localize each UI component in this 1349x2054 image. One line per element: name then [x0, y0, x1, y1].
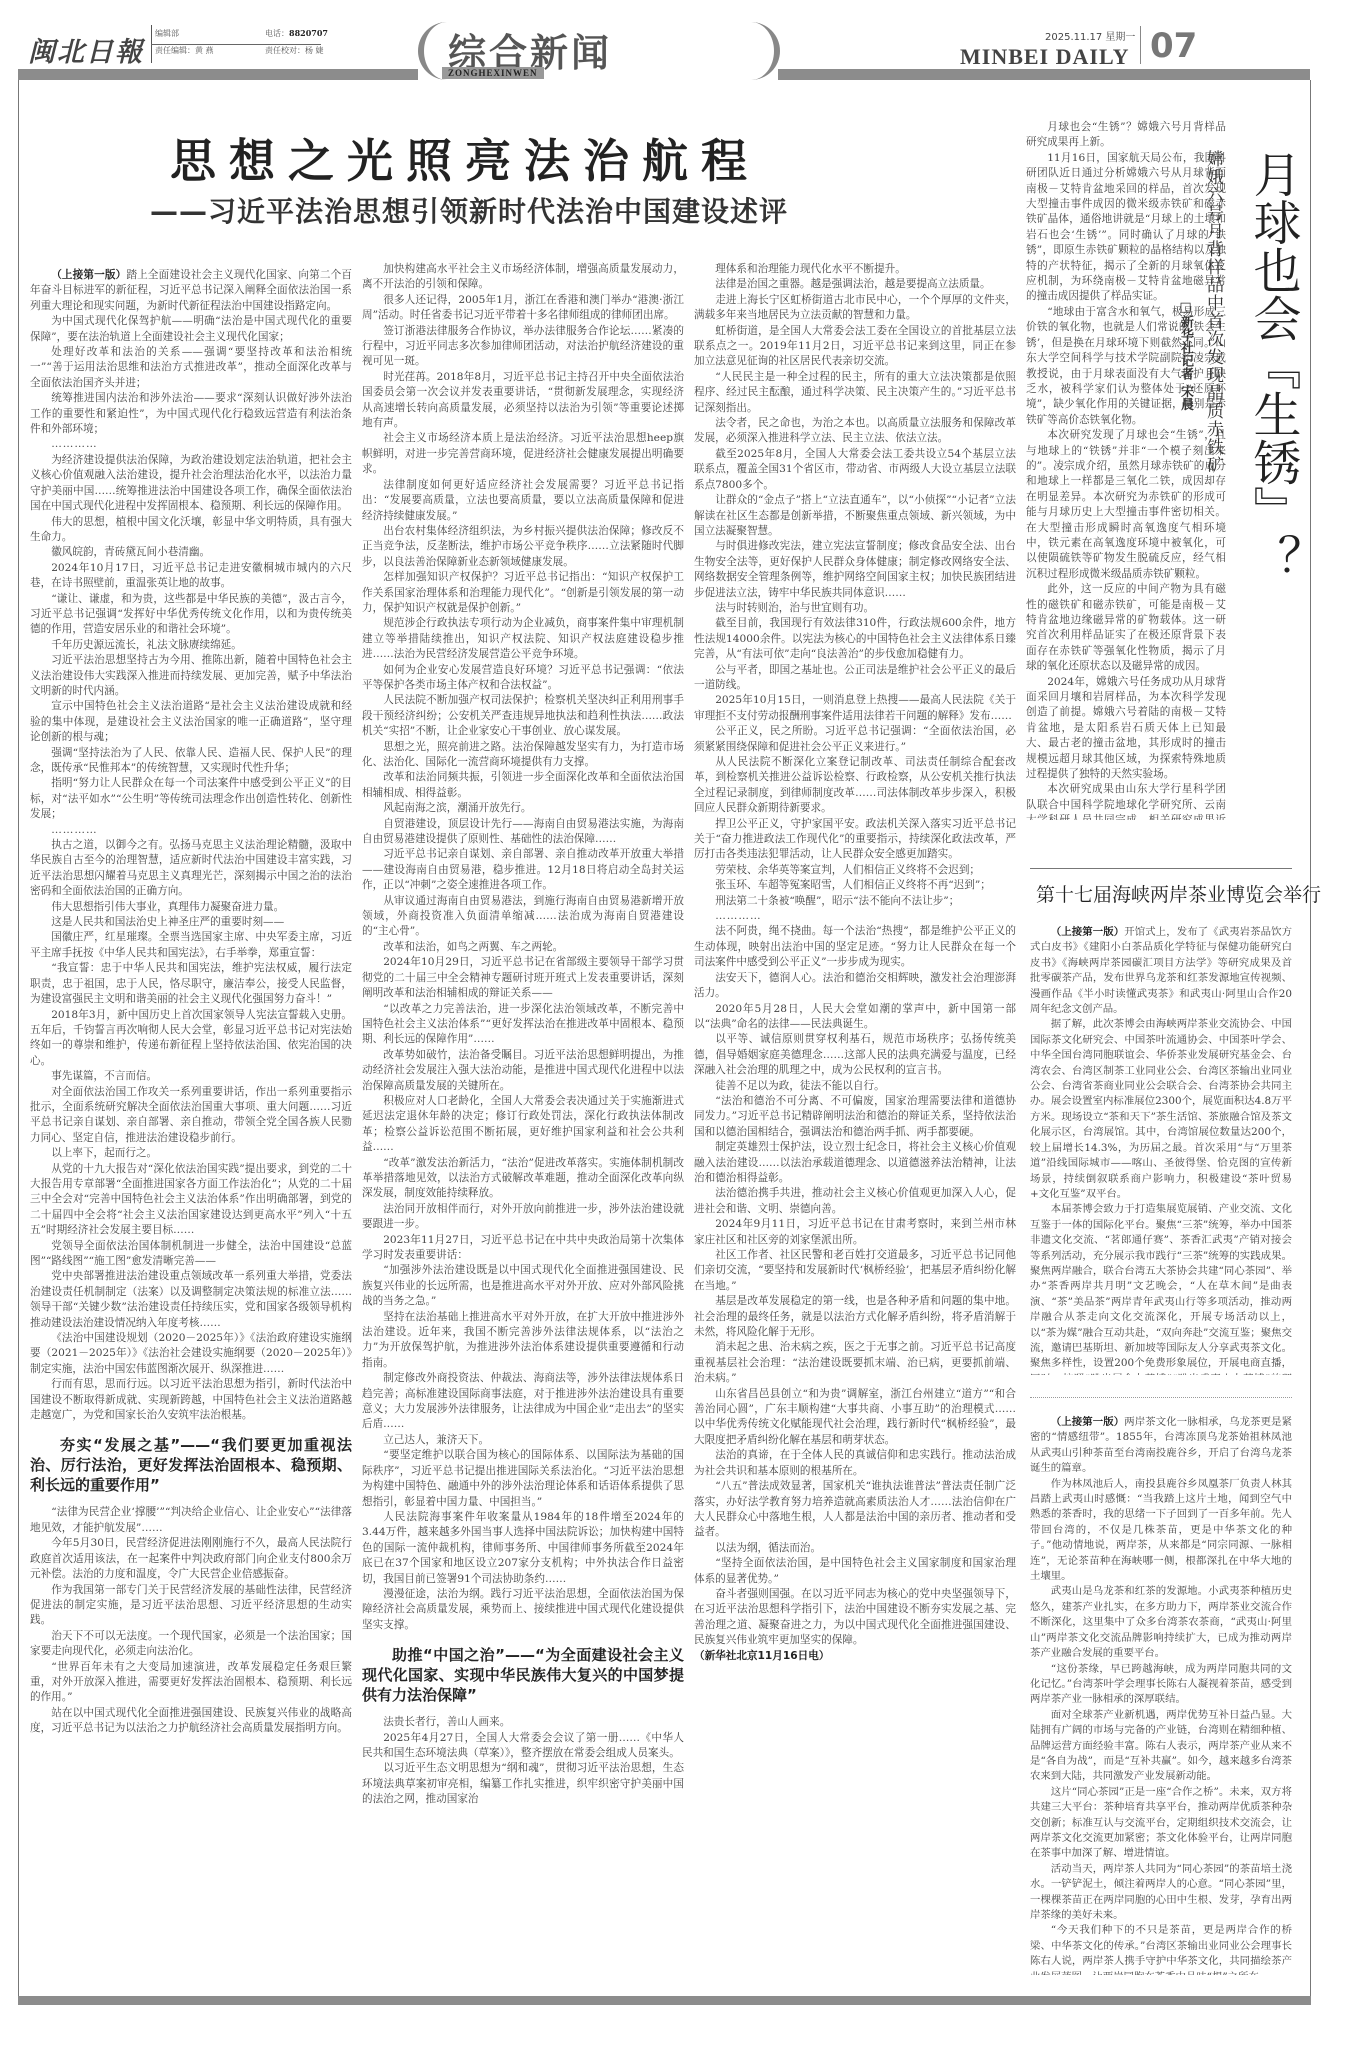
paragraph-text: 执古之道，以御今之有。弘扬马克思主义法治理论精髓，汲取中华民族自古至今的治理智慧…: [30, 839, 352, 897]
paragraph: 出台农村集体经济组织法，为乡村振兴提供法治保障；修改反不正当竞争法，反垄断法，维…: [362, 524, 684, 570]
continued-from-label: （上接第一版）: [51, 269, 126, 281]
paragraph: 改革和法治同频共振，引领进一步全面深化改革和全面依法治国相辅相成、相得益彰。: [362, 770, 684, 801]
paragraph: 劳荣枝、余华英等案宣判，人们相信正义终将不会迟到；: [694, 863, 1016, 878]
paragraph-text: 从党的十九大报告对“深化依法治国实践”提出要求，到党的二十大报告用专章部署“全面…: [30, 1163, 352, 1237]
paragraph-text: 以平等、诚信原则贯穿权利基石，规范市场秩序；弘扬传统美德，倡导婚姻家庭美德理念……: [694, 1033, 1016, 1076]
issue-date: 2025.11.17 星期一: [1045, 28, 1135, 43]
paragraph: 千年历史源远流长，礼法文脉赓续绵延。: [30, 638, 352, 653]
paragraph-text: 从审议通过海南自由贸易港法，到施行海南自由贸易港新增开放领域，外商投资准入负面清…: [362, 895, 684, 938]
paragraph-text: 山东省昌邑县创立“和为贵”调解室，浙江台州建立“道方”“和合善治同心圆”，广东丰…: [694, 1388, 1016, 1446]
paragraph-text: 为经济建设提供法治保障，为政治建设划定法治轨道，把社会主义核心价值观融入法治建设…: [30, 454, 352, 512]
paragraph-text: 面对全球茶产业新机遇，两岸优势互补日益凸显。大陆拥有广阔的市场与完备的产业链，台…: [1030, 1709, 1292, 1783]
paragraph-text: 习近平法治思想坚持古为今用、推陈出新，随着中国特色社会主义法治建设伟大实践深入推…: [30, 654, 352, 697]
paragraph: “改革”激发法治新活力，“法治”促进改革落实。实施体制机制改革举措落地见效，以法…: [362, 1156, 684, 1202]
paragraph-text: “要坚定维护以联合国为核心的国际体系、以国际法为基础的国际秩序”，习近平总书记提…: [362, 1449, 684, 1507]
editor-info-row: 责任编辑：黄 燕 责任校对：杨 婕: [155, 45, 214, 56]
page-number: 07: [1150, 26, 1197, 66]
paragraph-text: 事先谋篇，不言而信。: [51, 1070, 157, 1082]
paragraph: 以上率下，起而行之。: [30, 1146, 352, 1161]
paragraph: 改革势如破竹，法治备受瞩目。习近平法治思想鲜明提出，为推动经济社会发展注入强大法…: [362, 1048, 684, 1094]
paragraph: 法安天下，德润人心。法治和德治交相辉映，激发社会治理澎湃活力。: [694, 971, 1016, 1002]
paragraph: 怎样加强知识产权保护？习近平总书记指出：“知识产权保护工作关系国家治理体系和治理…: [362, 570, 684, 616]
paragraph: 与时俱进修改宪法，建立宪法宣誓制度；修改食品安全法、出台生物安全法等，更好保护人…: [694, 539, 1016, 601]
paragraph: “法治和德治不可分离、不可偏废，国家治理需要法律和道德协同发力。”习近平总书记精…: [694, 1094, 1016, 1140]
paragraph: 从党的十九大报告对“深化依法治国实践”提出要求，到党的二十大报告用专章部署“全面…: [30, 1162, 352, 1239]
paragraph-text: 坚持在法治基础上推进高水平对外开放，在扩大开放中推进涉外法治建设。近年来，我国不…: [362, 1311, 684, 1369]
paragraph-text: …………: [51, 824, 97, 836]
paragraph: 签订浙港法律服务合作协议，举办法律服务合作论坛……紧凑的行程中，习近平同志多次参…: [362, 324, 684, 370]
paragraph: 法不阿贵，绳不挠曲。每一个法治“热搜”，都是维护公平正义的生动体现，映射出法治中…: [694, 924, 1016, 970]
paragraph-text: 以上率下，起而行之。: [51, 1147, 157, 1159]
paragraph: 从审议通过海南自由贸易港法，到施行海南自由贸易港新增开放领域，外商投资准入负面清…: [362, 894, 684, 940]
paragraph: 国徽庄严，红星璀璨。全票当选国家主席、中央军委主席，习近平主席手抚按《中华人民共…: [30, 930, 352, 961]
paragraph: 人民法院海事案件年收案量从1984年的18件增至2024年的3.44万件，越来越…: [362, 1510, 684, 1587]
moon-byline: □新华社记者 宋晨: [1176, 300, 1194, 411]
paragraph: 法治同开放相伴而行，对外开放向前推进一步，涉外法治建设就要跟进一步。: [362, 1202, 684, 1233]
paragraph-text: 2024年10月29日，习近平总书记在省部级主要领导干部学习贯彻党的二十届三中全…: [362, 956, 684, 999]
paragraph: 如何为企业安心发展营造良好环境？习近平总书记强调：“依法平等保护各类市场主体产权…: [362, 663, 684, 694]
paragraph-text: 法令者，民之命也，为治之本也。以高质量立法服务和保障改革发展，必须深入推进科学立…: [694, 417, 1016, 444]
paragraph: 2025年4月27日，全国人大常委会会议了第一册……《中华人民共和国生态环境法典…: [362, 1731, 684, 1762]
paragraph: 捍卫公平正义，守护家国平安。政法机关深入落实习近平总书记关于“奋力推进政法工作现…: [694, 817, 1016, 863]
paragraph-text: 对全面依法治国工作攻关一系列重要讲话，作出一系列重要指示批示，全面系统研究解决全…: [30, 1086, 352, 1144]
paragraph: 法治的真谛，在于全体人民的真诚信仰和忠实践行。推动法治成为社会共识和基本原则的根…: [694, 1448, 1016, 1479]
paragraph: 制定英雄烈士保护法，设立烈士纪念日，将社会主义核心价值观融入法治建设……以法治承…: [694, 1140, 1016, 1186]
paragraph-text: “改革”激发法治新活力，“法治”促进改革落实。实施体制机制改革举措落地见效，以法…: [362, 1157, 684, 1200]
paragraph: “地球由于富含水和氧气，极易形成三价铁的氧化物，也就是人们常说的‘铁会生锈’，但…: [1026, 305, 1226, 428]
article-column-3: 理体系和治理能力现代化水平不断提升。法律是治国之重器。越是强调法治，越是要提高立…: [694, 262, 1016, 1962]
paragraph: 法贵长者行，善山人画来。: [362, 1715, 684, 1730]
paragraph-text: 伟大思想指引伟大事业，真理伟力凝聚奋进力量。: [51, 901, 284, 913]
paragraph: “以改革之力完善法治，进一步深化法治领域改革，不断完善中国特色社会主义法治体系”…: [362, 1002, 684, 1048]
paragraph: 据了解，此次茶博会由海峡两岸茶业交流协会、中国国际茶文化研究会、中国茶叶流通协会…: [1030, 1017, 1292, 1202]
paragraph: 截至目前，我国现行有效法律310件，行政法规600余件，地方性法规14000余件…: [694, 616, 1016, 662]
paragraph: 党中央部署推进法治建设重点领域改革一系列重大举措，党委法治建设责任机制制定（法案…: [30, 1269, 352, 1331]
paragraph-text: “谦让、谦虚，和为贵，这些都是中华民族的美德”，汲古言今，习近平总书记强调“发挥…: [30, 593, 352, 636]
paragraph: （上接第一版）两岸茶文化一脉相承，乌龙茶更是紧密的“情感纽带”。1855年，台湾…: [1030, 1415, 1292, 1477]
editorial-info-row: 编辑部 电话：8820707: [155, 28, 179, 39]
paragraph: （上接第一版）开馆式上，发布了《武夷岩茶品饮方式白皮书》《建阳小白茶品质化学特征…: [1030, 925, 1292, 1017]
editorial-dept: 编辑部: [155, 29, 179, 38]
paragraph-text: 思想之光，照亮前进之路。法治保障越发坚实有力，为打造市场化、法治化、国际化一流营…: [362, 741, 684, 768]
paragraph: 风起南海之滨，潮涌开放先行。: [362, 801, 684, 816]
paragraph: “这份茶缘，早已跨越海峡，成为两岸同胞共同的文化记忆。”台湾茶叶学会理事长陈右人…: [1030, 1662, 1292, 1708]
paragraph: 活动当天，两岸茶人共同为“同心茶园”的茶苗培土浇水。一铲铲泥土，倾注着两岸人的心…: [1030, 1862, 1292, 1924]
paragraph: 本次研究发现了月球也会“生锈”，且与地球上的“铁锈”并非“一个模子刻出来的”。凌…: [1026, 428, 1226, 582]
paragraph-text: 伟大的思想，植根中国文化沃壤，彰显中华文明特质，具有强大生命力。: [30, 516, 352, 543]
paragraph-text: 规范涉企行政执法专项行动为企业减负，商事案件集中审理机制建立等举措陆续推出，知识…: [362, 617, 684, 660]
moon-subheadline: 嫦娥六号月背样品中首次发现晶质赤铁矿: [1202, 150, 1224, 474]
paragraph-text: 2023年11月27日，习近平总书记在中共中央政治局第十次集体学习时发表重要讲话…: [362, 1234, 684, 1261]
paragraph-text: “法律为民营企业‘撑腰’”“判决给企业信心、让企业安心”“法律落地见效，才能护航…: [30, 1506, 352, 1533]
phone-info: 电话：8820707: [265, 28, 328, 39]
paragraph-text: 刑法第二十条被“唤醒”，昭示“法不能向不法让步”；: [715, 895, 959, 907]
paragraph: 立己达人，兼济天下。: [362, 1433, 684, 1448]
paragraph-text: 武夷山是乌龙茶和红茶的发源地。小武夷茶种植历史悠久，建茶产业扎实，在多方助力下，…: [1030, 1585, 1292, 1659]
header-bar-left: [18, 69, 418, 80]
paragraph-text: 宣示中国特色社会主义法治道路“是社会主义法治建设成就和经验的集中体现，是建设社会…: [30, 700, 352, 743]
paragraph: 这片“同心茶园”正是一座“合作之桥”。未来，双方将共建三大平台：茶种培育共享平台…: [1030, 1785, 1292, 1862]
paragraph-text: 与时俱进修改宪法，建立宪法宣誓制度；修改食品安全法、出台生物安全法等，更好保护人…: [694, 540, 1016, 598]
paragraph: 2020年5月28日，人民大会堂如潮的掌声中，新中国第一部以“法典”命名的法律—…: [694, 1002, 1016, 1033]
paragraph-text: “法治和德治不可分离、不可偏废，国家治理需要法律和道德协同发力。”习近平总书记精…: [694, 1095, 1016, 1138]
paragraph: 伟大的思想，植根中国文化沃壤，彰显中华文明特质，具有强大生命力。: [30, 515, 352, 546]
paragraph-text: 国徽庄严，红星璀璨。全票当选国家主席、中央军委主席，习近平主席手抚按《中华人民共…: [30, 931, 352, 958]
paragraph: 伟大思想指引伟大事业，真理伟力凝聚奋进力量。: [30, 900, 352, 915]
paragraph: 加快构建高水平社会主义市场经济体制，增强高质量发展动力，离不开法治的引领和保障。: [362, 262, 684, 293]
paragraph: “谦让、谦虚，和为贵，这些都是中华民族的美德”，汲古言今，习近平总书记强调“发挥…: [30, 592, 352, 638]
paragraph-text: “坚持全面依法治国，是中国特色社会主义国家制度和国家治理体系的显著优势。”: [694, 1557, 1016, 1584]
paragraph-text: 《法治中国建设规划（2020－2025年）》《法治政府建设实施纲要（2021－2…: [30, 1332, 352, 1375]
paragraph: “今天我们种下的不只是茶苗，更是两岸合作的桥梁、中华茶文化的传承。”台湾区茶输出…: [1030, 1923, 1292, 1975]
paragraph: 社区工作者、社区民警和老百姓打交道最多，习近平总书记同他们亲切交流，“要坚持和发…: [694, 1248, 1016, 1294]
paragraph-text: 站在以中国式现代化全面推进强国建设、民族复兴伟业的战略高度，习近平总书记为以法治…: [30, 1707, 352, 1734]
paragraph: 很多人还记得，2005年1月，浙江在香港和澳门举办“港澳·浙江周”活动。时任省委…: [362, 293, 684, 324]
paragraph: 行而有思，思而行远。以习近平法治思想为指引，新时代法治中国建设不断取得新成就、实…: [30, 1377, 352, 1423]
paragraph-text: 开馆式上，发布了《武夷岩茶品饮方式白皮书》《建阳小白茶品质化学特征与保健功能研究…: [1030, 926, 1292, 1015]
paragraph: 作为林凤池后人，南投县鹿谷乡凤凰茶厂负责人林其昌踏上武夷山时感慨：“当我踏上这片…: [1030, 1477, 1292, 1585]
paragraph: 2023年11月27日，习近平总书记在中共中央政治局第十次集体学习时发表重要讲话…: [362, 1233, 684, 1264]
paragraph-text: 千年历史源远流长，礼法文脉赓续绵延。: [51, 639, 242, 651]
paragraph: 习近平法治思想坚持古为今用、推陈出新，随着中国特色社会主义法治建设伟大实践深入推…: [30, 653, 352, 699]
paragraph: 思想之光，照亮前进之路。法治保障越发坚实有力，为打造市场化、法治化、国际化一流营…: [362, 740, 684, 771]
paragraph-text: “加强涉外法治建设既是以中国式现代化全面推进强国建设、民族复兴伟业的长远所需，也…: [362, 1264, 684, 1307]
main-article-credit: （新华社北京11月16日电）: [694, 1650, 829, 1662]
paragraph-text: 法安天下，德润人心。法治和德治交相辉映，激发社会治理澎湃活力。: [694, 972, 1016, 999]
paragraph: 人民法院不断加强产权司法保护；检察机关坚决纠正利用刑事手段干预经济纠纷；公安机关…: [362, 693, 684, 739]
paragraph-text: 改革和法治，如鸟之两翼、车之两轮。: [383, 941, 563, 953]
phone-number: 8820707: [289, 28, 328, 38]
paragraph-text: 改革势如破竹，法治备受瞩目。习近平法治思想鲜明提出，为推动经济社会发展注入强大法…: [362, 1049, 684, 1092]
paragraph: 公与平者，即国之基址也。公正司法是维护社会公平正义的最后一道防线。: [694, 663, 1016, 694]
paragraph: 执古之道，以御今之有。弘扬马克思主义法治理论精髓，汲取中华民族自古至今的治理智慧…: [30, 838, 352, 900]
paragraph: 党领导全面依法治国体制机制进一步健全，法治中国建设“总蓝图”“路线图”“施工图”…: [30, 1239, 352, 1270]
paragraph: …………: [694, 909, 1016, 924]
moon-article-body: 月球也会“生锈”？嫦娥六号月背样品研究成果再上新。11月16日，国家航天局公布，…: [1026, 120, 1226, 820]
paragraph-text: 制定英雄烈士保护法，设立烈士纪念日，将社会主义核心价值观融入法治建设……以法治承…: [694, 1141, 1016, 1184]
paragraph-text: 行而有思，思而行远。以习近平法治思想为指引，新时代法治中国建设不断取得新成就、实…: [30, 1378, 352, 1421]
tab-curve-right: [750, 22, 780, 80]
paragraph: 基层是改革发展稳定的第一线，也是各种矛盾和问题的集中地。社会治理的最终任务，就是…: [694, 1294, 1016, 1340]
paragraph: 坚持在法治基础上推进高水平对外开放，在扩大开放中推进涉外法治建设。近年来，我国不…: [362, 1310, 684, 1372]
paragraph: 法与时转则治，治与世宜则有功。: [694, 601, 1016, 616]
tea-part2-body: （上接第一版）两岸茶文化一脉相承，乌龙茶更是紧密的“情感纽带”。1855年，台湾…: [1030, 1415, 1292, 1975]
paragraph-text: 据了解，此次茶博会由海峡两岸茶业交流协会、中国国际茶文化研究会、中国茶叶流通协会…: [1030, 1018, 1292, 1199]
paragraph: 面对全球茶产业新机遇，两岸优势互补日益凸显。大陆拥有广阔的市场与完备的产业链，台…: [1030, 1708, 1292, 1785]
paragraph: 2024年，嫦娥六号任务成功从月球背面采回月壤和岩屑样品，为本次科学发现创造了前…: [1026, 675, 1226, 783]
paragraph-text: 积极应对人口老龄化，全国人大常委会表决通过关于实施渐进式延迟法定退休年龄的决定；…: [362, 1095, 684, 1153]
tea-article-part1: （上接第一版）开馆式上，发布了《武夷岩茶品饮方式白皮书》《建阳小白茶品质化学特征…: [1030, 925, 1292, 1375]
paragraph-text: 为中国式现代化保驾护航——明确“法治是中国式现代化的重要保障”，要在法治轨道上全…: [30, 315, 352, 342]
paragraph: 积极应对人口老龄化，全国人大常委会表决通过关于实施渐进式延迟法定退休年龄的决定；…: [362, 1094, 684, 1156]
paragraph: 法律制度如何更好适应经济社会发展需要？习近平总书记指出：“发展要高质量，立法也要…: [362, 478, 684, 524]
tea-headline: 第十七届海峡两岸茶业博览会举行: [1036, 880, 1321, 907]
section-heading-governance: 助推“中国之治”——“为全面建设社会主义现代化国家、实现中华民族伟大复兴的中国梦…: [362, 1645, 684, 1705]
paragraph: 宣示中国特色社会主义法治道路“是社会主义法治建设成就和经验的集中体现，是建设社会…: [30, 699, 352, 745]
paragraph-text: 2020年5月28日，人民大会堂如潮的掌声中，新中国第一部以“法典”命名的法律—…: [694, 1003, 1016, 1030]
paragraph: 武夷山是乌龙茶和红茶的发源地。小武夷茶种植历史悠久，建茶产业扎实，在多方助力下，…: [1030, 1584, 1292, 1661]
moon-headline: 月球也会『生锈』？: [1240, 150, 1300, 582]
paragraph: 对全面依法治国工作攻关一系列重要讲话，作出一系列重要指示批示，全面系统研究解决全…: [30, 1085, 352, 1147]
paragraph-text: 法律是治国之重器。越是强调法治，越是要提高立法质量。: [715, 278, 990, 290]
paragraph: 以习近平生态文明思想为“纲和魂”，贯彻习近平法治思想，生态环境法典草案初审亮相，…: [362, 1761, 684, 1807]
paragraph-text: 制定修改外商投资法、仲裁法、海商法等，涉外法律法规体系日趋完善；高标准建设国际商…: [362, 1372, 684, 1430]
paragraph-text: “我宣誓：忠于中华人民共和国宪法，维护宪法权威，履行法定职责，忠于祖国，忠于人民…: [30, 962, 352, 1005]
paragraph-text: …………: [715, 910, 761, 922]
paragraph: 为中国式现代化保驾护航——明确“法治是中国式现代化的重要保障”，要在法治轨道上全…: [30, 314, 352, 345]
paragraph: “世界百年未有之大变局加速演进，改革发展稳定任务艰巨繁重，对外开放深入推进，需要…: [30, 1660, 352, 1706]
proofreader: 责任校对：杨 婕: [265, 45, 324, 56]
paragraph-text: 2025年10月15日，一则消息登上热搜——最高人民法院《关于审理拒不支付劳动报…: [694, 694, 1016, 721]
article-divider: [1030, 868, 1292, 869]
paragraph: 徽风皖韵，青砖黛瓦间小巷清幽。: [30, 545, 352, 560]
paragraph: 站在以中国式现代化全面推进强国建设、民族复兴伟业的战略高度，习近平总书记为以法治…: [30, 1706, 352, 1737]
paragraph-text: 法与时转则治，治与世宜则有功。: [715, 602, 874, 614]
article-column-1: （上接第一版）踏上全面建设社会主义现代化国家、向第二个百年奋斗目标进军的新征程，…: [30, 268, 352, 1968]
paragraph: “法律为民营企业‘撑腰’”“判决给企业信心、让企业安心”“法律落地见效，才能护航…: [30, 1505, 352, 1536]
paragraph-text: 如何为企业安心发展营造良好环境？习近平总书记强调：“依法平等保护各类市场主体产权…: [362, 664, 684, 691]
paragraph-text: “这份茶缘，早已跨越海峡，成为两岸同胞共同的文化记忆。”台湾茶叶学会理事长陈右人…: [1030, 1663, 1292, 1706]
paragraph: 漫漫征途，法治为纲。践行习近平法治思想，全面依法治国为保障经济社会高质量发展，乘…: [362, 1587, 684, 1633]
paragraph-text: 基层是改革发展稳定的第一线，也是各种矛盾和问题的集中地。社会治理的最终任务，就是…: [694, 1295, 1016, 1338]
paragraph-text: 捍卫公平正义，守护家国平安。政法机关深入落实习近平总书记关于“奋力推进政法工作现…: [694, 818, 1016, 861]
paragraph-text: 出台农村集体经济组织法，为乡村振兴提供法治保障；修改反不正当竞争法，反垄断法，维…: [362, 525, 684, 568]
paragraph: …………: [30, 437, 352, 452]
paragraph: “坚持全面依法治国，是中国特色社会主义国家制度和国家治理体系的显著优势。”: [694, 1556, 1016, 1587]
paragraph-text: 作为我国第一部专门关于民营经济发展的基础性法律，民营经济促进法的制定实施，是习近…: [30, 1584, 352, 1627]
section-heading-development: 夯实“发展之基”——“我们要更加重视法治、厉行法治，更好发挥法治固根本、稳预期、…: [30, 1435, 352, 1495]
paragraph-text: 公平正义，民之所盼。习近平总书记强调：“全面依法治国，必须紧紧围绕保障和促进社会…: [694, 725, 1016, 752]
paragraph: 自贸港建设，顶层设计先行——海南自由贸易港法实施，为海南自由贸易港建设提供了原则…: [362, 817, 684, 848]
paragraph: “八五”普法成效显著，国家机关“谁执法谁普法”普法责任制广泛落实，办好法学教育努…: [694, 1479, 1016, 1541]
paragraph-text: 这片“同心茶园”正是一座“合作之桥”。未来，双方将共建三大平台：茶种培育共享平台…: [1030, 1786, 1292, 1860]
paragraph: “人民民主是一种全过程的民主，所有的重大立法决策都是依照程序、经过民主酝酿，通过…: [694, 370, 1016, 416]
paragraph-text: 截至2025年8月，全国人大常委会法工委共设立54个基层立法联系点，覆盖全国31…: [694, 448, 1016, 491]
paragraph-text: 社区工作者、社区民警和老百姓打交道最多，习近平总书记同他们亲切交流，“要坚持和发…: [694, 1249, 1016, 1292]
paragraph-text: 截至目前，我国现行有效法律310件，行政法规600余件，地方性法规14000余件…: [694, 617, 1016, 660]
paragraph: 2024年10月29日，习近平总书记在省部级主要领导干部学习贯彻党的二十届三中全…: [362, 955, 684, 1001]
paragraph: “加强涉外法治建设既是以中国式现代化全面推进强国建设、民族复兴伟业的长远所需，也…: [362, 1263, 684, 1309]
section-pinyin: ZONGHEXINWEN: [442, 67, 544, 79]
paragraph-text: 法治的真谛，在于全体人民的真诚信仰和忠实践行。推动法治成为社会共识和基本原则的根…: [694, 1449, 1016, 1476]
paragraph-text: 走进上海长宁区虹桥街道古北市民中心，一个个厚厚的文件夹，满载多年来当地居民为立法…: [694, 294, 1016, 321]
page-number-divider: [1140, 26, 1141, 64]
paragraph-text: 2025年4月27日，全国人大常委会会议了第一册……《中华人民共和国生态环境法典…: [362, 1732, 684, 1759]
col3-body: 理体系和治理能力现代化水平不断提升。法律是治国之重器。越是强调法治，越是要提高立…: [694, 262, 1016, 1649]
paragraph: 公平正义，民之所盼。习近平总书记强调：“全面依法治国，必须紧紧围绕保障和促进社会…: [694, 724, 1016, 755]
paragraph-text: 从人民法院不断深化立案登记制改革、司法责任制综合配套改革，到检察机关推进公益诉讼…: [694, 756, 1016, 814]
paragraph-text: 自贸港建设，顶层设计先行——海南自由贸易港法实施，为海南自由贸易港建设提供了原则…: [362, 818, 684, 845]
paragraph-text: 以法为纲，循法而治。: [715, 1542, 821, 1554]
paragraph: 山东省昌邑县创立“和为贵”调解室，浙江台州建立“道方”“和合善治同心圆”，广东丰…: [694, 1387, 1016, 1449]
main-subhead: ——习近平法治思想引领新时代法治中国建设述评: [150, 190, 788, 230]
masthead: 闽北日報 编辑部 电话：8820707 责任编辑：黄 燕 责任校对：杨 婕 综合…: [0, 0, 1349, 80]
paragraph-text: “八五”普法成效显著，国家机关“谁执法谁普法”普法责任制广泛落实，办好法学教育努…: [694, 1480, 1016, 1538]
paragraph-text: 徒善不足以为政，徒法不能以自行。: [715, 1080, 885, 1092]
paragraph-text: 时光荏苒。2018年8月，习近平总书记主持召开中央全面依法治国委员会第一次会议并…: [362, 371, 684, 429]
paragraph-text: 2024年10月17日，习近平总书记走进安徽桐城市城内的六尺巷，在诗书照壁前，重…: [30, 562, 352, 589]
header-bar-right: [778, 69, 1310, 80]
paragraph-text: 签订浙港法律服务合作协议，举办法律服务合作论坛……紧凑的行程中，习近平同志多次参…: [362, 325, 684, 368]
paragraph-text: 党领导全面依法治国体制机制进一步健全，法治中国建设“总蓝图”“路线图”“施工图”…: [30, 1240, 352, 1267]
paragraph: 事先谋篇，不言而信。: [30, 1069, 352, 1084]
paragraph-text: 今年5月30日，民营经济促进法刚刚施行不久，最高人民法院行政庭首次适用该法，在一…: [30, 1537, 352, 1580]
tea-part1-body: （上接第一版）开馆式上，发布了《武夷岩茶品饮方式白皮书》《建阳小白茶品质化学特征…: [1030, 925, 1292, 1375]
paragraph-text: “今天我们种下的不只是茶苗，更是两岸合作的桥梁、中华茶文化的传承。”台湾区茶输出…: [1030, 1924, 1292, 1975]
paragraph-text: 作为林凤池后人，南投县鹿谷乡凤凰茶厂负责人林其昌踏上武夷山时感慨：“当我踏上这片…: [1030, 1478, 1292, 1582]
paragraph: 11月16日，国家航天局公布，我国科研团队近日通过分析嫦娥六号从月球背面南极－艾…: [1026, 151, 1226, 305]
paragraph: 理体系和治理能力现代化水平不断提升。: [694, 262, 1016, 277]
paragraph-text: 法治德治携手共进，推动社会主义核心价值观更加深入人心，促进社会和谐、文明、崇德向…: [694, 1187, 1016, 1214]
col1-tail-body: “法律为民营企业‘撑腰’”“判决给企业信心、让企业安心”“法律落地见效，才能护航…: [30, 1505, 352, 1736]
paragraph-text: 人民法院不断加强产权司法保护；检察机关坚决纠正利用刑事手段干预经济纠纷；公安机关…: [362, 694, 684, 737]
paragraph-text: 公与平者，即国之基址也。公正司法是维护社会公平正义的最后一道防线。: [694, 664, 1016, 691]
main-headline: 思想之光照亮法治航程: [170, 125, 760, 191]
paragraph: 让群众的“金点子”搭上“立法直通车”，以“小侦探”“小记者”立法解读在社区生态都…: [694, 493, 1016, 539]
paragraph-text: 改革和法治同频共振，引领进一步全面深化改革和全面依法治国相辅相成、相得益彰。: [362, 771, 684, 798]
paragraph: 2025年10月15日，一则消息登上热搜——最高人民法院《关于审理拒不支付劳动报…: [694, 693, 1016, 724]
footer-bar: [18, 1996, 1311, 2005]
paragraph: 本届茶博会致力于打造集展览展销、产业交流、文化互鉴于一体的国际化平台。聚焦“三茶…: [1030, 1202, 1292, 1375]
paragraph: 本次研究成果由山东大学行星科学团队联合中国科学院地球化学研究所、云南大学科研人员…: [1026, 782, 1226, 820]
paragraph: 法令者，民之命也，为治之本也。以高质量立法服务和保障改革发展，必须深入推进科学立…: [694, 416, 1016, 447]
paragraph-text: 加快构建高水平社会主义市场经济体制，增强高质量发展动力，离不开法治的引领和保障。: [362, 263, 684, 290]
paragraph-text: 消未起之患、治未病之疾，医之于无事之前。习近平总书记高度重视基层社会治理：“法治…: [694, 1341, 1016, 1384]
paragraph: 《法治中国建设规划（2020－2025年）》《法治政府建设实施纲要（2021－2…: [30, 1331, 352, 1377]
paragraph: 2018年3月，新中国历史上首次国家领导人宪法宣誓载入史册。五年后，千钧誓言再次…: [30, 1008, 352, 1070]
tea-article-part2: （上接第一版）两岸茶文化一脉相承，乌龙茶更是紧密的“情感纽带”。1855年，台湾…: [1030, 1415, 1292, 1975]
col2-tail-body: 法贵长者行，善山人画来。2025年4月27日，全国人大常委会会议了第一册……《中…: [362, 1715, 684, 1807]
paragraph: 虹桥街道，是全国人大常委会法工委在全国设立的首批基层立法联系点之一。2019年1…: [694, 324, 1016, 370]
paragraph-text: 习近平总书记亲自谋划、亲自部署、亲自推动改革开放重大举措——建设海南自由贸易港，…: [362, 848, 684, 891]
paragraph: 张玉环、车超等冤案昭雪，人们相信正义终将不再“迟到”；: [694, 878, 1016, 893]
paragraph: 走进上海长宁区虹桥街道古北市民中心，一个个厚厚的文件夹，满载多年来当地居民为立法…: [694, 293, 1016, 324]
paragraph: 法律是治国之重器。越是强调法治，越是要提高立法质量。: [694, 277, 1016, 292]
paragraph-text: 张玉环、车超等冤案昭雪，人们相信正义终将不再“迟到”；: [715, 879, 991, 891]
paragraph-text: 虹桥街道，是全国人大常委会法工委在全国设立的首批基层立法联系点之一。2019年1…: [694, 325, 1016, 368]
paragraph-text: “世界百年未有之大变局加速演进，改革发展稳定任务艰巨繁重，对外开放深入推进，需要…: [30, 1661, 352, 1704]
paragraph: 作为我国第一部专门关于民营经济发展的基础性法律，民营经济促进法的制定实施，是习近…: [30, 1583, 352, 1629]
paragraph-text: 社会主义市场经济本质上是法治经济。习近平法治思想heep旗帜鲜明，对进一步完善营…: [362, 432, 684, 475]
paragraph: 规范涉企行政执法专项行动为企业减负，商事案件集中审理机制建立等举措陆续推出，知识…: [362, 616, 684, 662]
paragraph: 从人民法院不断深化立案登记制改革、司法责任制综合配套改革，到检察机关推进公益诉讼…: [694, 755, 1016, 817]
paragraph-text: 奋斗者强则国强。在以习近平同志为核心的党中央坚强领导下，在习近平法治思想科学指引…: [694, 1588, 1016, 1646]
paragraph: “要坚定维护以联合国为核心的国际体系、以国际法为基础的国际秩序”，习近平总书记提…: [362, 1448, 684, 1510]
paragraph-text: 让群众的“金点子”搭上“立法直通车”，以“小侦探”“小记者”立法解读在社区生态都…: [694, 494, 1016, 537]
paragraph-text: 治天下不可以无法度。一个现代国家，必须是一个法治国家；国家要走向现代化，必须走向…: [30, 1630, 352, 1657]
paragraph: 治天下不可以无法度。一个现代国家，必须是一个法治国家；国家要走向现代化，必须走向…: [30, 1629, 352, 1660]
paragraph-text: “以改革之力完善法治，进一步深化法治领域改革，不断完善中国特色社会主义法治体系”…: [362, 1003, 684, 1046]
article-column-2: 加快构建高水平社会主义市场经济体制，增强高质量发展动力，离不开法治的引领和保障。…: [362, 262, 684, 1962]
paragraph: （上接第一版）踏上全面建设社会主义现代化国家、向第二个百年奋斗目标进军的新征程，…: [30, 268, 352, 314]
paragraph-text: 党中央部署推进法治建设重点领域改革一系列重大举措，党委法治建设责任机制制定（法案…: [30, 1270, 352, 1328]
paragraph: …………: [30, 823, 352, 838]
paragraph: 习近平总书记亲自谋划、亲自部署、亲自推动改革开放重大举措——建设海南自由贸易港，…: [362, 847, 684, 893]
paragraph-text: 强调“坚持法治为了人民、依靠人民、造福人民、保护人民”的理念，既传承“民惟邦本”…: [30, 747, 352, 774]
paragraph-text: 漫漫征途，法治为纲。践行习近平法治思想，全面依法治国为保障经济社会高质量发展，乘…: [362, 1588, 684, 1631]
paragraph: 以法为纲，循法而治。: [694, 1541, 1016, 1556]
paragraph: 此外，这一反应的中间产物为具有磁性的磁铁矿和磁赤铁矿，可能是南极－艾特肯盆地边缘…: [1026, 582, 1226, 674]
paragraph-text: 指明“努力让人民群众在每一个司法案件中感受到公平正义”的目标，对“法平如水”“公…: [30, 777, 352, 820]
paragraph: 消未起之患、治未病之疾，医之于无事之前。习近平总书记高度重视基层社会治理：“法治…: [694, 1340, 1016, 1386]
dotted-divider: [1030, 1397, 1292, 1398]
paragraph-text: 法律制度如何更好适应经济社会发展需要？习近平总书记指出：“发展要高质量，立法也要…: [362, 479, 684, 522]
paragraph: 强调“坚持法治为了人民、依靠人民、造福人民、保护人民”的理念，既传承“民惟邦本”…: [30, 746, 352, 777]
paragraph-text: 立己达人，兼济天下。: [383, 1434, 489, 1446]
col1-body: （上接第一版）踏上全面建设社会主义现代化国家、向第二个百年奋斗目标进军的新征程，…: [30, 268, 352, 1423]
newspaper-logo: 闽北日報: [28, 30, 144, 69]
paragraph: 截至2025年8月，全国人大常委会法工委共设立54个基层立法联系点，覆盖全国31…: [694, 447, 1016, 493]
paragraph-text: 怎样加强知识产权保护？习近平总书记指出：“知识产权保护工作关系国家治理体系和治理…: [362, 571, 684, 614]
paragraph-text: 2018年3月，新中国历史上首次国家领导人宪法宣誓载入史册。五年后，千钧誓言再次…: [30, 1009, 352, 1067]
paragraph: “我宣誓：忠于中华人民共和国宪法，维护宪法权威，履行法定职责，忠于祖国，忠于人民…: [30, 961, 352, 1007]
paragraph: 社会主义市场经济本质上是法治经济。习近平法治思想heep旗帜鲜明，对进一步完善营…: [362, 431, 684, 477]
paragraph: 指明“努力让人民群众在每一个司法案件中感受到公平正义”的目标，对“法平如水”“公…: [30, 776, 352, 822]
paragraph-text: 以习近平生态文明思想为“纲和魂”，贯彻习近平法治思想，生态环境法典草案初审亮相，…: [362, 1762, 684, 1805]
paragraph-text: 2024年9月11日，习近平总书记在甘肃考察时，来到兰州市林家庄社区和社区旁的刘…: [694, 1218, 1016, 1245]
paragraph: 月球也会“生锈”？嫦娥六号月背样品研究成果再上新。: [1026, 120, 1226, 151]
paragraph-text: …………: [51, 438, 97, 450]
paragraph: 今年5月30日，民营经济促进法刚刚施行不久，最高人民法院行政庭首次适用该法，在一…: [30, 1536, 352, 1582]
continued-from-label: （上接第一版）: [1051, 926, 1124, 938]
paragraph-text: 统筹推进国内法治和涉外法治——要求“深刻认识做好涉外法治工作的重要性和紧迫性”，…: [30, 392, 352, 435]
paragraph: 2024年10月17日，习近平总书记走进安徽桐城市城内的六尺巷，在诗书照壁前，重…: [30, 561, 352, 592]
paragraph: 徒善不足以为政，徒法不能以自行。: [694, 1079, 1016, 1094]
col2-body: 加快构建高水平社会主义市场经济体制，增强高质量发展动力，离不开法治的引领和保障。…: [362, 262, 684, 1633]
paragraph-text: 很多人还记得，2005年1月，浙江在香港和澳门举办“港澳·浙江周”活动。时任省委…: [362, 294, 684, 321]
paragraph: 制定修改外商投资法、仲裁法、海商法等，涉外法律法规体系日趋完善；高标准建设国际商…: [362, 1371, 684, 1433]
paragraph-text: 法不阿贵，绳不挠曲。每一个法治“热搜”，都是维护公平正义的生动体现，映射出法治中…: [694, 925, 1016, 968]
paragraph: 改革和法治，如鸟之两翼、车之两轮。: [362, 940, 684, 955]
paragraph-text: 风起南海之滨，潮涌开放先行。: [383, 802, 531, 814]
paragraph-text: 徽风皖韵，青砖黛瓦间小巷清幽。: [51, 546, 210, 558]
paragraph: 法治德治携手共进，推动社会主义核心价值观更加深入人心，促进社会和谐、文明、崇德向…: [694, 1186, 1016, 1217]
paragraph-text: 活动当天，两岸茶人共同为“同心茶园”的茶苗培土浇水。一铲铲泥土，倾注着两岸人的心…: [1030, 1863, 1292, 1921]
paragraph-text: 本届茶博会致力于打造集展览展销、产业交流、文化互鉴于一体的国际化平台。聚焦“三茶…: [1030, 1203, 1292, 1375]
paragraph: 以平等、诚信原则贯穿权利基石，规范市场秩序；弘扬传统美德，倡导婚姻家庭美德理念……: [694, 1032, 1016, 1078]
paragraph-text: 这是人民共和国法治史上神圣庄严的重要时刻——: [51, 916, 284, 928]
continued-from-label: （上接第一版）: [1051, 1416, 1124, 1428]
paragraph-text: 法治同开放相伴而行，对外开放向前推进一步，涉外法治建设就要跟进一步。: [362, 1203, 684, 1230]
paragraph-text: 法贵长者行，善山人画来。: [383, 1716, 510, 1728]
paragraph: 时光荏苒。2018年8月，习近平总书记主持召开中央全面依法治国委员会第一次会议并…: [362, 370, 684, 432]
paper-name-english: MINBEI DAILY: [960, 44, 1130, 70]
paragraph: 奋斗者强则国强。在以习近平同志为核心的党中央坚强领导下，在习近平法治思想科学指引…: [694, 1587, 1016, 1649]
paragraph: 处理好改革和法治的关系——强调“要坚持改革和法治相统一”“善于运用法治思维和法治…: [30, 345, 352, 391]
paragraph: 刑法第二十条被“唤醒”，昭示“法不能向不法让步”；: [694, 894, 1016, 909]
paragraph: 统筹推进国内法治和涉外法治——要求“深刻认识做好涉外法治工作的重要性和紧迫性”，…: [30, 391, 352, 437]
responsible-editor: 责任编辑：黄 燕: [155, 46, 214, 55]
paragraph: 2024年9月11日，习近平总书记在甘肃考察时，来到兰州市林家庄社区和社区旁的刘…: [694, 1217, 1016, 1248]
paragraph: 为经济建设提供法治保障，为政治建设划定法治轨道，把社会主义核心价值观融入法治建设…: [30, 453, 352, 515]
moon-paragraphs: 月球也会“生锈”？嫦娥六号月背样品研究成果再上新。11月16日，国家航天局公布，…: [1026, 120, 1226, 820]
paragraph-text: 处理好改革和法治的关系——强调“要坚持改革和法治相统一”“善于运用法治思维和法治…: [30, 346, 352, 389]
paragraph-text: 人民法院海事案件年收案量从1984年的18件增至2024年的3.44万件，越来越…: [362, 1511, 684, 1585]
paragraph-text: 劳荣枝、余华英等案宣判，人们相信正义终将不会迟到；: [715, 864, 980, 876]
paragraph-text: “人民民主是一种全过程的民主，所有的重大立法决策都是依照程序、经过民主酝酿，通过…: [694, 371, 1016, 414]
paragraph: 这是人民共和国法治史上神圣庄严的重要时刻——: [30, 915, 352, 930]
paragraph-text: 理体系和治理能力现代化水平不断提升。: [715, 263, 906, 275]
